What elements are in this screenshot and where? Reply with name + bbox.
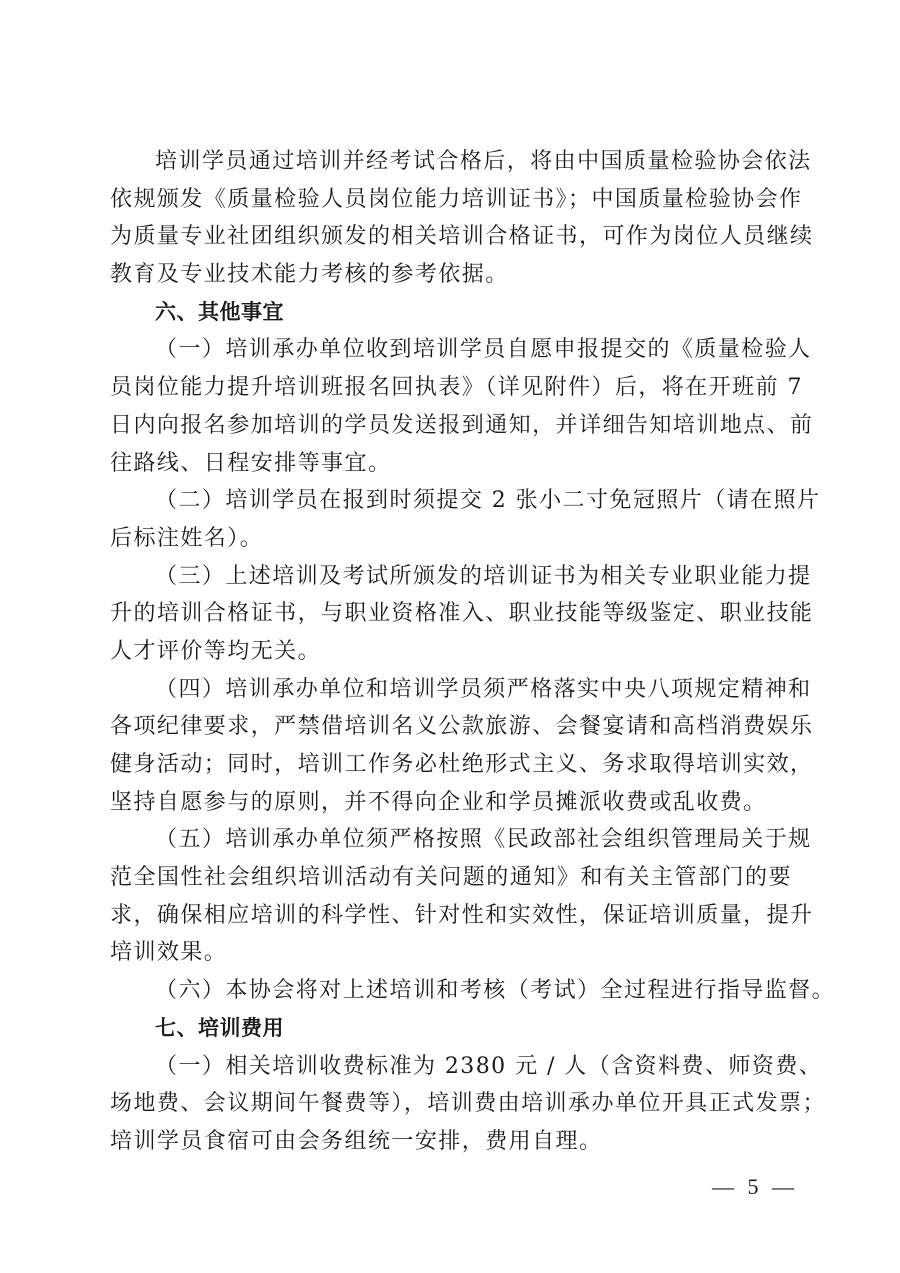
- text-line: 场地费、会议期间午餐费等），培训费由培训承办单位开具正式发票；: [110, 1085, 792, 1123]
- text-line: 依规颁发《质量检验人员岗位能力培训证书》；中国质量检验协会作: [110, 181, 792, 219]
- text-line: 为质量专业社团组织颁发的相关培训合格证书，可作为岗位人员继续: [110, 218, 792, 256]
- text-line: 升的培训合格证书，与职业资格准入、职业技能等级鉴定、职业技能: [110, 595, 792, 633]
- text-line: 人才评价等均无关。: [110, 633, 792, 671]
- paragraph-item-3: （三）上述培训及考试所颁发的培训证书为相关专业职业能力提 升的培训合格证书，与职…: [110, 558, 792, 671]
- text-line: 培训学员食宿可由会务组统一安排，费用自理。: [110, 1123, 792, 1161]
- text-line: 求，确保相应培训的科学性、针对性和实效性，保证培训质量，提升: [110, 897, 792, 935]
- text-line: 培训效果。: [110, 934, 792, 972]
- text-line: 后标注姓名）。: [110, 520, 792, 558]
- paragraph-item-2: （二）培训学员在报到时须提交 2 张小二寸免冠照片（请在照片 后标注姓名）。: [110, 482, 792, 557]
- text-line: 员岗位能力提升培训班报名回执表》（详见附件）后，将在开班前 7: [110, 369, 792, 407]
- paragraph-item-1: （一）培训承办单位收到培训学员自愿申报提交的《质量检验人 员岗位能力提升培训班报…: [110, 331, 792, 482]
- paragraph-item-6: （六）本协会将对上述培训和考核（考试）全过程进行指导监督。: [110, 972, 792, 1010]
- text-line: （五）培训承办单位须严格按照《民政部社会组织管理局关于规: [110, 821, 792, 859]
- text-line: （一）相关培训收费标准为 2380 元 / 人（含资料费、师资费、: [110, 1048, 792, 1086]
- text-line: 范全国性社会组织培训活动有关问题的通知》和有关主管部门的要: [110, 859, 792, 897]
- text-line: 教育及专业技术能力考核的参考依据。: [110, 256, 792, 294]
- text-line: （六）本协会将对上述培训和考核（考试）全过程进行指导监督。: [110, 972, 792, 1010]
- section-heading-training-fees: 七、培训费用: [110, 1010, 792, 1048]
- paragraph-item-5: （五）培训承办单位须严格按照《民政部社会组织管理局关于规 范全国性社会组织培训活…: [110, 821, 792, 972]
- paragraph-fee-item-1: （一）相关培训收费标准为 2380 元 / 人（含资料费、师资费、 场地费、会议…: [110, 1048, 792, 1161]
- text-line: 日内向报名参加培训的学员发送报到通知，并详细告知培训地点、前: [110, 407, 792, 445]
- text-line: 坚持自愿参与的原则，并不得向企业和学员摊派收费或乱收费。: [110, 784, 792, 822]
- text-line: （一）培训承办单位收到培训学员自愿申报提交的《质量检验人: [110, 331, 792, 369]
- document-page: 培训学员通过培训并经考试合格后，将由中国质量检验协会依法 依规颁发《质量检验人员…: [0, 0, 900, 1273]
- section-heading-other-matters: 六、其他事宜: [110, 294, 792, 332]
- text-line: （三）上述培训及考试所颁发的培训证书为相关专业职业能力提: [110, 558, 792, 596]
- text-line: 培训学员通过培训并经考试合格后，将由中国质量检验协会依法: [110, 143, 792, 181]
- text-line: 各项纪律要求，严禁借培训名义公款旅游、会餐宴请和高档消费娱乐: [110, 708, 792, 746]
- text-line: （二）培训学员在报到时须提交 2 张小二寸免冠照片（请在照片: [110, 482, 792, 520]
- page-number: — 5 —: [712, 1174, 798, 1200]
- document-body: 培训学员通过培训并经考试合格后，将由中国质量检验协会依法 依规颁发《质量检验人员…: [110, 143, 792, 1161]
- text-line: 往路线、日程安排等事宜。: [110, 445, 792, 483]
- text-line: （四）培训承办单位和培训学员须严格落实中央八项规定精神和: [110, 671, 792, 709]
- text-line: 健身活动；同时，培训工作务必杜绝形式主义、务求取得培训实效，: [110, 746, 792, 784]
- paragraph-certificate: 培训学员通过培训并经考试合格后，将由中国质量检验协会依法 依规颁发《质量检验人员…: [110, 143, 792, 294]
- paragraph-item-4: （四）培训承办单位和培训学员须严格落实中央八项规定精神和 各项纪律要求，严禁借培…: [110, 671, 792, 822]
